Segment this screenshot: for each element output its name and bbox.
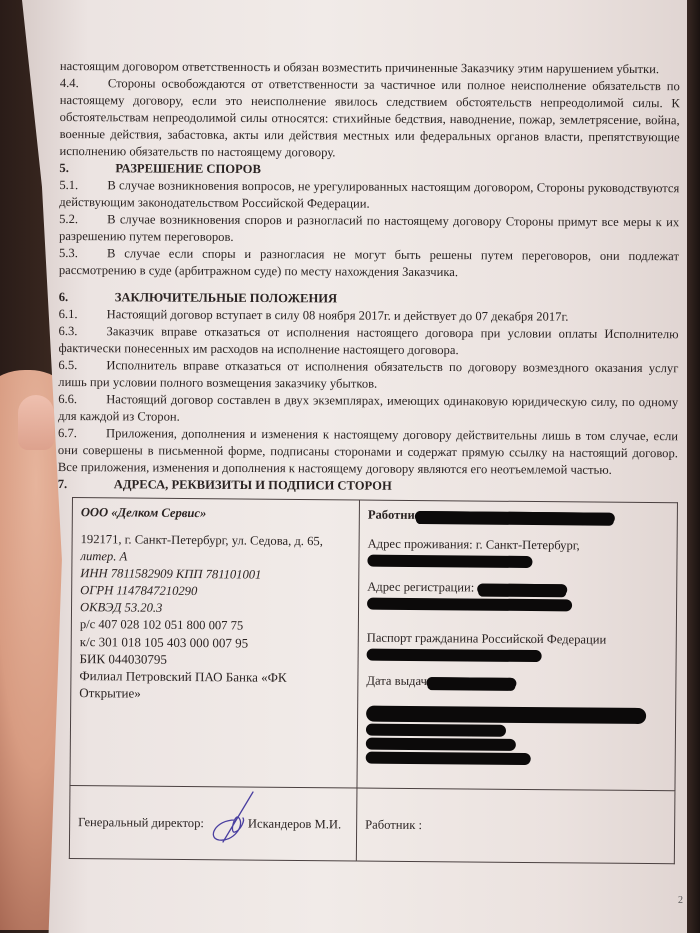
paragraph-text: Заказчик вправе отказаться от исполнения… bbox=[58, 324, 678, 357]
worker-registration-label: Адрес регистрации: bbox=[367, 580, 474, 595]
redaction-mark bbox=[367, 555, 532, 568]
paragraph-number: 6.1. bbox=[59, 306, 107, 323]
section-title: ЗАКЛЮЧИТЕЛЬНЫЕ ПОЛОЖЕНИЯ bbox=[115, 290, 337, 305]
paragraph-5-1: 5.1.В случае возникновения вопросов, не … bbox=[59, 177, 679, 214]
paragraph-text: настоящим договором ответственность и об… bbox=[60, 59, 659, 76]
company-bank: Филиал Петровский ПАО Банка «ФК Открытие… bbox=[79, 667, 349, 703]
paragraph-6-5: 6.5.Исполнитель вправе отказаться от исп… bbox=[58, 357, 678, 394]
worker-name-row: Работни bbox=[368, 507, 669, 527]
paragraph-text: Настоящий договор составлен в двух экзем… bbox=[58, 392, 678, 423]
worker-registration-row: Адрес регистрации: bbox=[367, 579, 668, 599]
background-dark-right bbox=[686, 0, 700, 933]
paragraph-5-2: 5.2.В случае возникновения споров и разн… bbox=[59, 211, 679, 248]
paragraph-number: 4.4. bbox=[60, 75, 108, 92]
redaction-mark bbox=[427, 677, 517, 689]
page-number: 2 bbox=[678, 895, 683, 906]
worker-passport-label: Паспорт гражданина Российской Федерации bbox=[367, 630, 668, 650]
paragraph-4-4: 4.4.Стороны освобождаются от ответственн… bbox=[59, 75, 679, 163]
paragraph-number: 6.5. bbox=[58, 357, 106, 374]
worker-residence-label: Адрес проживания: г. Санкт-Петербург, bbox=[368, 536, 669, 556]
worker-issue-date-label: Дата выдач bbox=[366, 674, 427, 689]
redaction-mark bbox=[367, 598, 572, 612]
paragraph-number: 6.6. bbox=[58, 391, 106, 408]
paragraph-6-6: 6.6.Настоящий договор составлен в двух э… bbox=[58, 391, 678, 428]
paragraph-text: Приложения, дополнения и изменения к нас… bbox=[58, 426, 678, 477]
section-number: 5. bbox=[59, 160, 115, 177]
section-number: 7. bbox=[58, 476, 114, 493]
worker-requisites-cell: Работни Адрес проживания: г. Санкт-Петер… bbox=[357, 500, 678, 791]
paragraph-text: Стороны освобождаются от ответственности… bbox=[59, 76, 679, 159]
section-title: РАЗРЕШЕНИЕ СПОРОВ bbox=[115, 161, 261, 176]
paragraph-text: В случае возникновения споров и разногла… bbox=[59, 212, 679, 244]
redaction-mark bbox=[366, 706, 646, 724]
paragraph-6-3: 6.3.Заказчик вправе отказаться от исполн… bbox=[58, 323, 678, 360]
paragraph-number: 6.3. bbox=[59, 323, 107, 340]
redaction-mark bbox=[367, 649, 542, 663]
worker-issue-date-row: Дата выдач bbox=[366, 673, 667, 693]
director-label: Генеральный директор: bbox=[78, 814, 204, 832]
section-number: 6. bbox=[59, 289, 115, 306]
paragraph-number: 5.2. bbox=[59, 211, 107, 228]
paragraph-6-7: 6.7.Приложения, дополнения и изменения к… bbox=[58, 425, 678, 479]
paragraph-text: Настоящий договор вступает в силу 08 ноя… bbox=[107, 307, 569, 323]
section-title: АДРЕСА, РЕКВИЗИТЫ И ПОДПИСИ СТОРОН bbox=[114, 477, 392, 492]
requisites-table: ООО «Делком Сервис» 192171, г. Санкт-Пет… bbox=[69, 497, 678, 864]
paragraph-number: 5.3. bbox=[59, 245, 107, 262]
paragraph-number: 5.1. bbox=[59, 177, 107, 194]
paragraph-5-3: 5.3.В случае если споры и разногласия не… bbox=[59, 245, 679, 282]
worker-signature-cell: Работник : bbox=[356, 788, 675, 864]
paragraph-text: В случае если споры и разногласия не мог… bbox=[59, 246, 679, 279]
director-signature-scribble bbox=[205, 790, 265, 850]
section-7-heading: 7.АДРЕСА, РЕКВИЗИТЫ И ПОДПИСИ СТОРОН bbox=[58, 476, 678, 496]
company-name: ООО «Делком Сервис» bbox=[81, 504, 351, 523]
redaction-mark bbox=[366, 752, 531, 765]
paragraph-text: В случае возникновения вопросов, не урег… bbox=[59, 178, 679, 210]
redaction-mark bbox=[366, 738, 516, 751]
redaction-mark bbox=[366, 724, 506, 737]
redaction-mark bbox=[415, 511, 615, 524]
thumbnail bbox=[18, 395, 54, 450]
paragraph-number: 6.7. bbox=[58, 425, 106, 442]
worker-label: Работни bbox=[368, 508, 415, 522]
paragraph-text: Исполнитель вправе отказаться от исполне… bbox=[58, 358, 678, 390]
redaction-mark bbox=[477, 583, 567, 595]
company-requisites-cell: ООО «Делком Сервис» 192171, г. Санкт-Пет… bbox=[70, 498, 360, 788]
contract-text: настоящим договором ответственность и об… bbox=[58, 58, 680, 496]
worker-signature-label: Работник : bbox=[365, 817, 422, 831]
